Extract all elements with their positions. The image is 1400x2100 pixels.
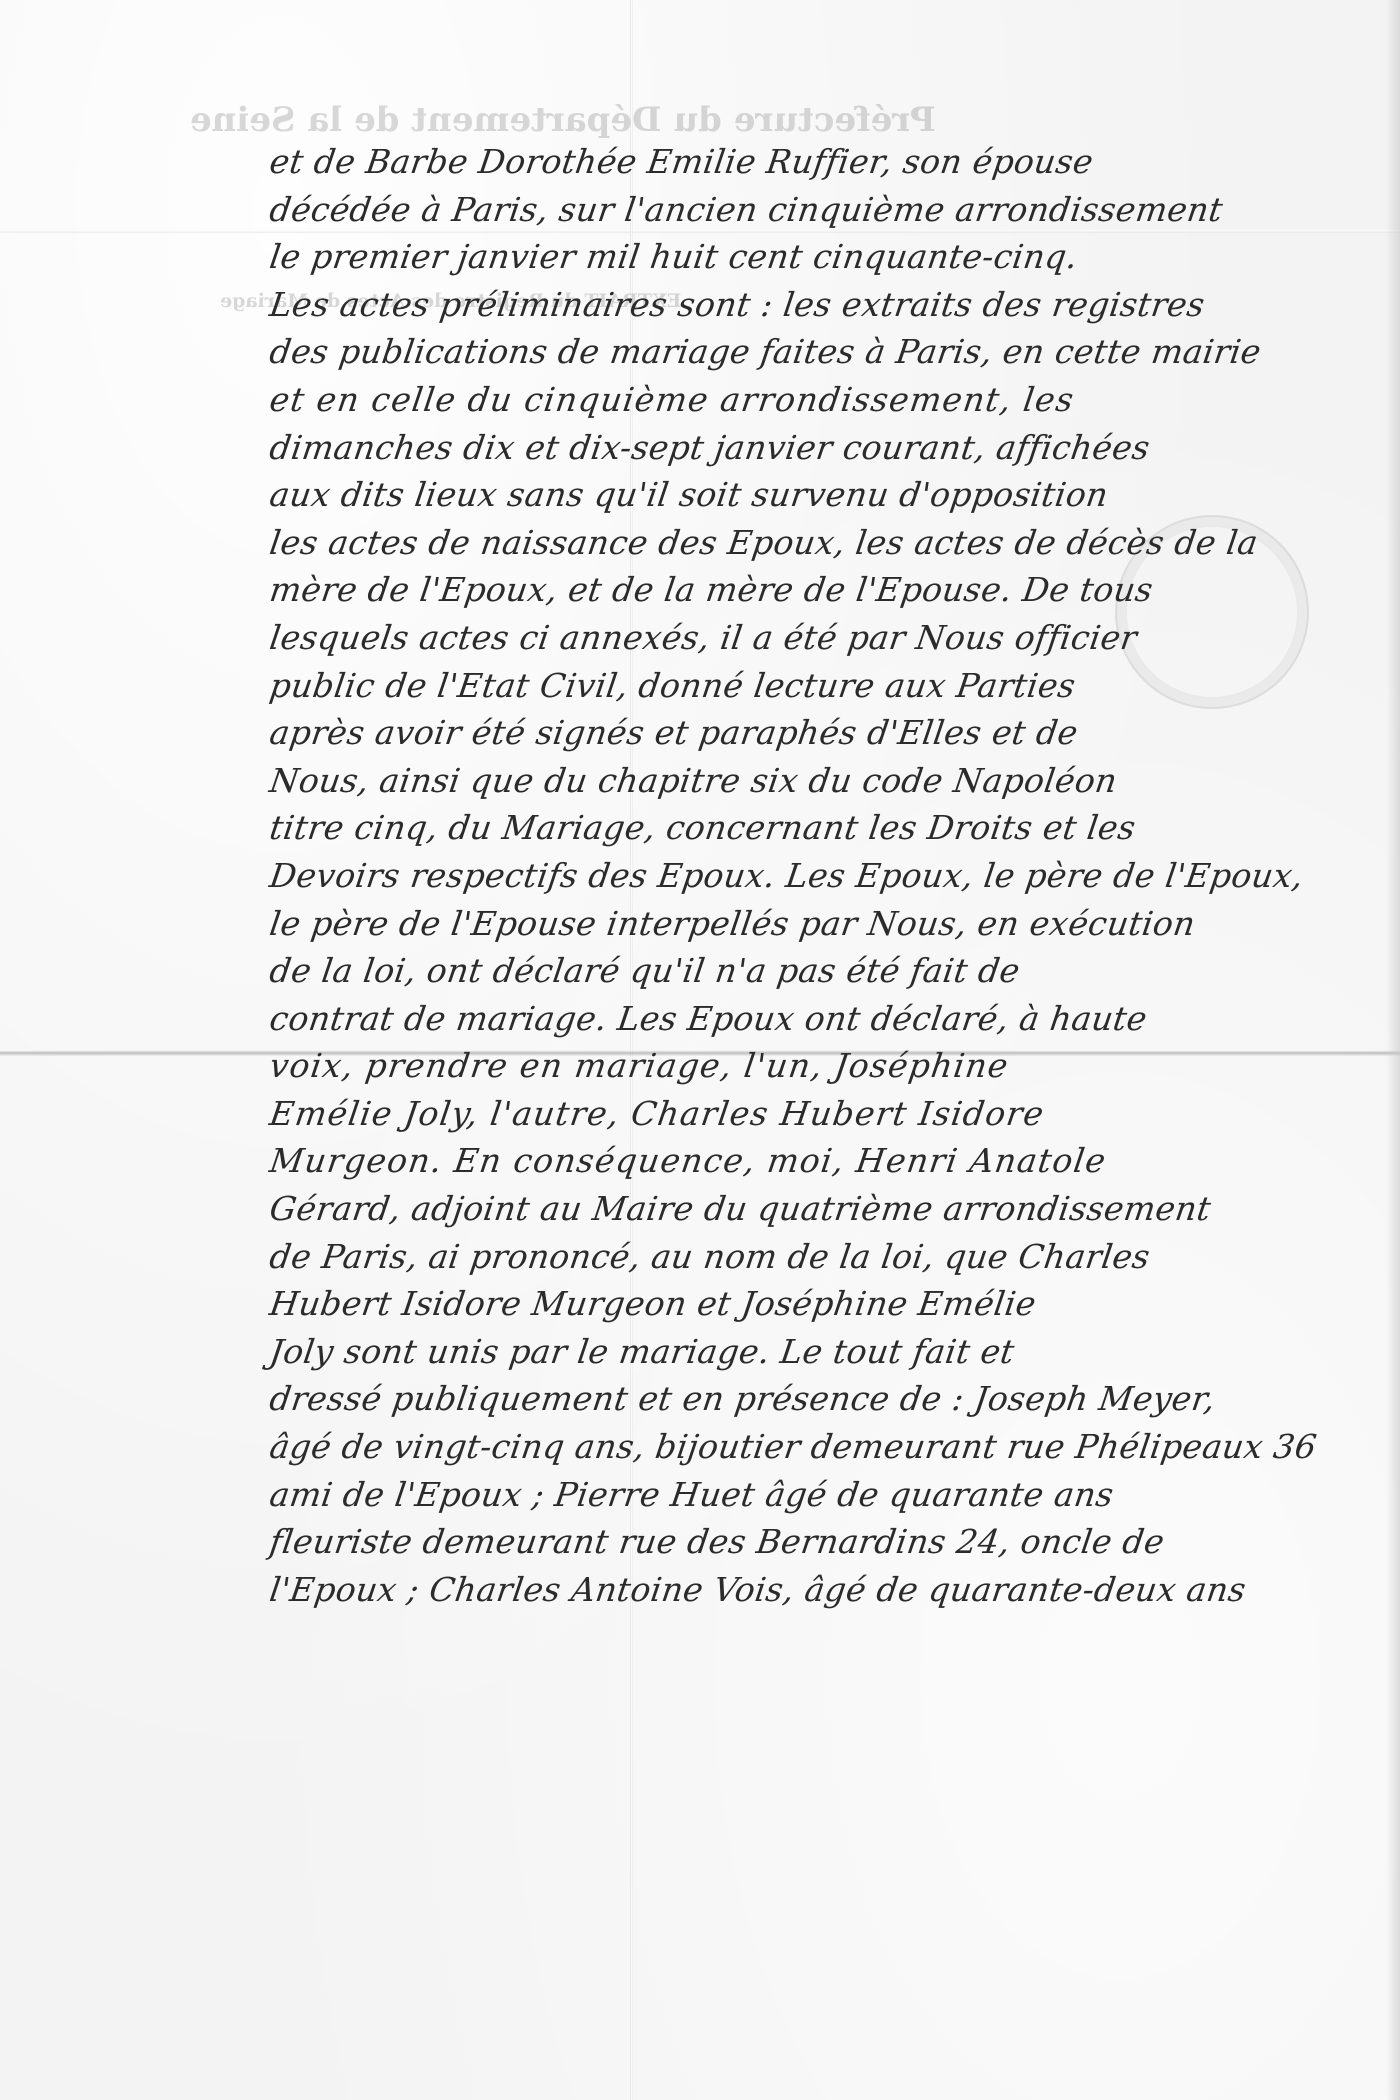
text-line: décédée à Paris, sur l'ancien cinquième …	[267, 186, 1384, 234]
text-line: et en celle du cinquième arrondissement,…	[267, 376, 1384, 424]
text-line: Murgeon. En conséquence, moi, Henri Anat…	[267, 1137, 1384, 1185]
handwritten-text-block: et de Barbe Dorothée Emilie Ruffier, son…	[270, 138, 1380, 1613]
text-line: voix, prendre en mariage, l'un, Joséphin…	[267, 1042, 1384, 1090]
text-line: Hubert Isidore Murgeon et Joséphine Emél…	[267, 1280, 1384, 1328]
text-line: les actes de naissance des Epoux, les ac…	[267, 519, 1384, 567]
text-line: l'Epoux ; Charles Antoine Vois, âgé de q…	[267, 1566, 1384, 1614]
text-line: des publications de mariage faites à Par…	[267, 328, 1384, 376]
text-line: et de Barbe Dorothée Emilie Ruffier, son…	[267, 138, 1384, 186]
text-line: Nous, ainsi que du chapitre six du code …	[267, 757, 1384, 805]
text-line: lesquels actes ci annexés, il a été par …	[267, 614, 1384, 662]
text-line: mère de l'Epoux, et de la mère de l'Epou…	[267, 566, 1384, 614]
text-line: après avoir été signés et paraphés d'Ell…	[267, 709, 1384, 757]
text-line: fleuriste demeurant rue des Bernardins 2…	[267, 1518, 1384, 1566]
text-line: dressé publiquement et en présence de : …	[267, 1375, 1384, 1423]
text-line: de Paris, ai prononcé, au nom de la loi,…	[267, 1233, 1384, 1281]
text-line: aux dits lieux sans qu'il soit survenu d…	[267, 471, 1384, 519]
text-line: Emélie Joly, l'autre, Charles Hubert Isi…	[267, 1090, 1384, 1138]
text-line: Gérard, adjoint au Maire du quatrième ar…	[267, 1185, 1384, 1233]
text-line: le premier janvier mil huit cent cinquan…	[267, 233, 1384, 281]
text-line: Les actes préliminaires sont : les extra…	[267, 281, 1384, 329]
text-line: dimanches dix et dix-sept janvier couran…	[267, 424, 1384, 472]
text-line: ami de l'Epoux ; Pierre Huet âgé de quar…	[267, 1471, 1384, 1519]
text-line: âgé de vingt-cinq ans, bijoutier demeura…	[267, 1423, 1384, 1471]
bleed-through-header: Préfecture du Département de la Seine	[190, 100, 936, 140]
text-line: de la loi, ont déclaré qu'il n'a pas été…	[267, 947, 1384, 995]
text-line: Joly sont unis par le mariage. Le tout f…	[267, 1328, 1384, 1376]
text-line: Devoirs respectifs des Epoux. Les Epoux,…	[267, 852, 1384, 900]
text-line: contrat de mariage. Les Epoux ont déclar…	[267, 995, 1384, 1043]
text-line: titre cinq, du Mariage, concernant les D…	[267, 804, 1384, 852]
document-page: Préfecture du Département de la Seine EX…	[0, 0, 1400, 2100]
text-line: le père de l'Epouse interpellés par Nous…	[267, 900, 1384, 948]
paper-edge-shadow	[1386, 0, 1400, 2100]
text-line: public de l'Etat Civil, donné lecture au…	[267, 662, 1384, 710]
